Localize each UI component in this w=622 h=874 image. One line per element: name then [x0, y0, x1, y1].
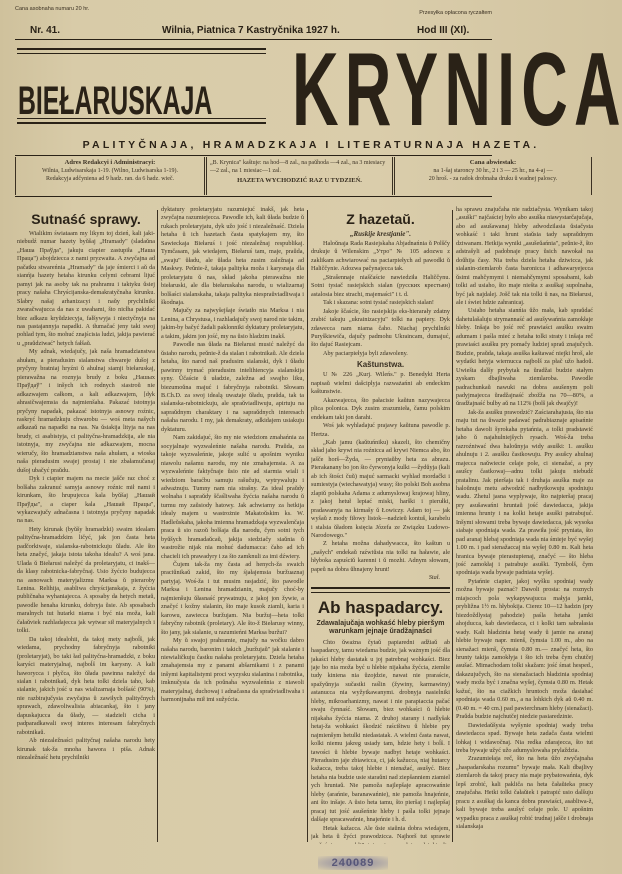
column-divider: [307, 210, 308, 842]
infobox-address: Adres Redakcyi i Administracyi: Wilnia, …: [15, 157, 205, 195]
article-paragraph: Z hetaha možna dahadywacca, što kaštun u…: [311, 540, 450, 574]
article-paragraph: U № 226 „Kurj. Wileńs." p. Benedykt Hert…: [311, 371, 450, 396]
article-paragraph: Dawiedaŭšysia wyšynie spodniaj wady treb…: [456, 722, 593, 756]
article-paragraph: Hety kirunak (byŭšy hramadzki) swaim ide…: [17, 526, 155, 636]
article-paragraph: dyktatury proletaryjatu razumiejuć inakš…: [161, 206, 304, 307]
infobox-heading: „B. Krynica" kaštuje: na hod—8 zal., na …: [207, 159, 392, 175]
article-paragraph: Tak i skazana: sotni tysiač rasiejskich …: [311, 299, 450, 307]
article-paragraph: Dyk i ciapier majem na mecie jašče raz c…: [17, 475, 155, 526]
article-paragraph: Aby paciarpiełyja byli zdawoleny.: [311, 350, 450, 358]
infobox-ad-rates: Cana abwiestak: na 1-šaj staroncy 30 hr.…: [394, 157, 592, 195]
article-column-3: Z hazetaŭ. „Ruskije krestjanie". Haloŭna…: [311, 210, 450, 844]
article-signature: Stał.: [311, 574, 450, 582]
article-paragraph: „Kab jamu (kaŭtuńniku) skazeli, što chem…: [311, 439, 450, 540]
section-title-ruskije: „Ruskije krestjanie".: [311, 230, 450, 239]
library-stamp: 240089: [318, 856, 388, 870]
article-title-ab-haspadarcy: Ab haspadarcy.: [311, 597, 450, 619]
article-paragraph: „Straŝennaje niaščaście nawiedziła Halič…: [311, 274, 450, 299]
article-column-2: dyktatury proletaryjatu razumiejuć inakš…: [161, 206, 304, 840]
infobox-heading: Adres Redakcyi i Administracyi:: [16, 159, 204, 167]
article-paragraph: Pawodle nas ŭłada na Biełarusi musić nal…: [161, 341, 304, 434]
article-paragraph: Da takoj idealohii, da takoj mety najboĺ…: [17, 636, 155, 737]
infobox-rule-bottom: [15, 196, 492, 197]
infobox-rule-top: [15, 155, 492, 156]
infobox-line: 20 hroš. - za radok drobnaha druku ŭ wad…: [395, 175, 591, 183]
issue-price-note: Cana asobnaha numaru 20 hr.: [15, 6, 89, 12]
article-paragraph: Chto ŭważna čytaŭ papiaredni adžiaŭ ab h…: [311, 639, 450, 825]
article-paragraph: Majučy za najwyšejšaje światło nia Marks…: [161, 307, 304, 341]
article-paragraph: My adnak, wiedajučy, jak naša hramadzian…: [17, 348, 155, 475]
column-divider: [157, 210, 158, 842]
article-title-z-hazetau: Z hazetaŭ.: [311, 210, 450, 228]
article-paragraph: Woś jak wyhladajuć prajawy kaŭtuna pawod…: [311, 422, 450, 439]
infobox-subscription: „B. Krynica" kaštuje: na hod—8 zal., na …: [206, 157, 393, 195]
infobox-line: na 1-šaj staroncy 30 hr., 2 i 3 — 25 hr.…: [395, 167, 591, 175]
postage-note: Przesyłka opłacona ryczałtem: [419, 10, 492, 16]
article-column-4: ha sprawu znajučaha nie radziačysia. Wyn…: [456, 206, 593, 840]
newspaper-page: Cana asobnaha numaru 20 hr. Przesyłka op…: [0, 0, 622, 874]
column-divider: [452, 210, 453, 842]
infobox-line: Redakcyja adčyniena ad 9 hadz. ran. da 6…: [16, 175, 204, 183]
article-title-sutnasc: Sutnaść sprawy.: [17, 210, 155, 228]
article-paragraph: Usiaho hetaha sianńia ŭžo mała, kab spra…: [456, 307, 593, 408]
article-paragraph: Zrazumiełaja reč, što na heta ŭžo zwyčaj…: [456, 755, 593, 831]
article-paragraph: Haloŭnaja Rada Rasiejskaha Abjadnańnia ŭ…: [311, 240, 450, 274]
article-paragraph: ha sprawu znajučaha nie radziačysia. Wyn…: [456, 206, 593, 307]
issue-number: Nr. 41.: [30, 25, 60, 36]
infobox-heading: Cana abwiestak:: [395, 159, 591, 167]
article-paragraph: Jakoje ščaście, što rasiejskija eks-hier…: [311, 308, 450, 350]
masthead-title-left: BIEŁARUSKAJA: [18, 70, 172, 132]
article-column-1: Sutnaść sprawy. Wialikim świataam my lik…: [17, 210, 155, 844]
masthead-rule: [17, 53, 266, 54]
article-paragraph: Hetak kažacca. Ale ŭsie siaŭnia dobra wi…: [311, 825, 450, 844]
article-paragraph: Pytańnie ciapier, jakoj wyšku spodniaj w…: [456, 578, 593, 722]
infobox-line: Wilnia, Ludwisarskaja 1-19. (Wilno, Ludw…: [16, 167, 204, 175]
article-paragraph: Nam zakidajuć, što my nie wiedziom zmaha…: [161, 434, 304, 561]
masthead-rule: [17, 48, 266, 50]
masthead-title-right: KRYNICA: [292, 42, 497, 138]
article-paragraph: Akazwajecca, što pałacisie kaŭtun nazywa…: [311, 397, 450, 422]
article-paragraph: Wialikim świataam my likym toj dzień, ka…: [17, 230, 155, 348]
article-deck: Zdawalajučaja wohkaść hleby pieršym waru…: [311, 620, 450, 637]
masthead-subtitle: PALITYČNAJA, HRAMADZKAJA I LITERATURNAJA…: [0, 139, 622, 151]
section-title-kastunstwa: Kaštunstwa.: [311, 360, 450, 370]
article-paragraph: Čujem tak-ža my časta ad henych-ža swaic…: [161, 561, 304, 637]
infobox-line: HAZETA WYCHODZIĆ RAZ U TYDZIEŃ.: [207, 177, 392, 185]
article-paragraph: Ab niezaležnaści palityčnaj našaha narod…: [17, 737, 155, 762]
article-paragraph: My ŭ swajoj prahramie, majučy na wočku d…: [161, 637, 304, 705]
section-divider: [311, 587, 450, 593]
article-paragraph: Jak-ža asušku prawodzić? Zaściarahajusia…: [456, 409, 593, 578]
